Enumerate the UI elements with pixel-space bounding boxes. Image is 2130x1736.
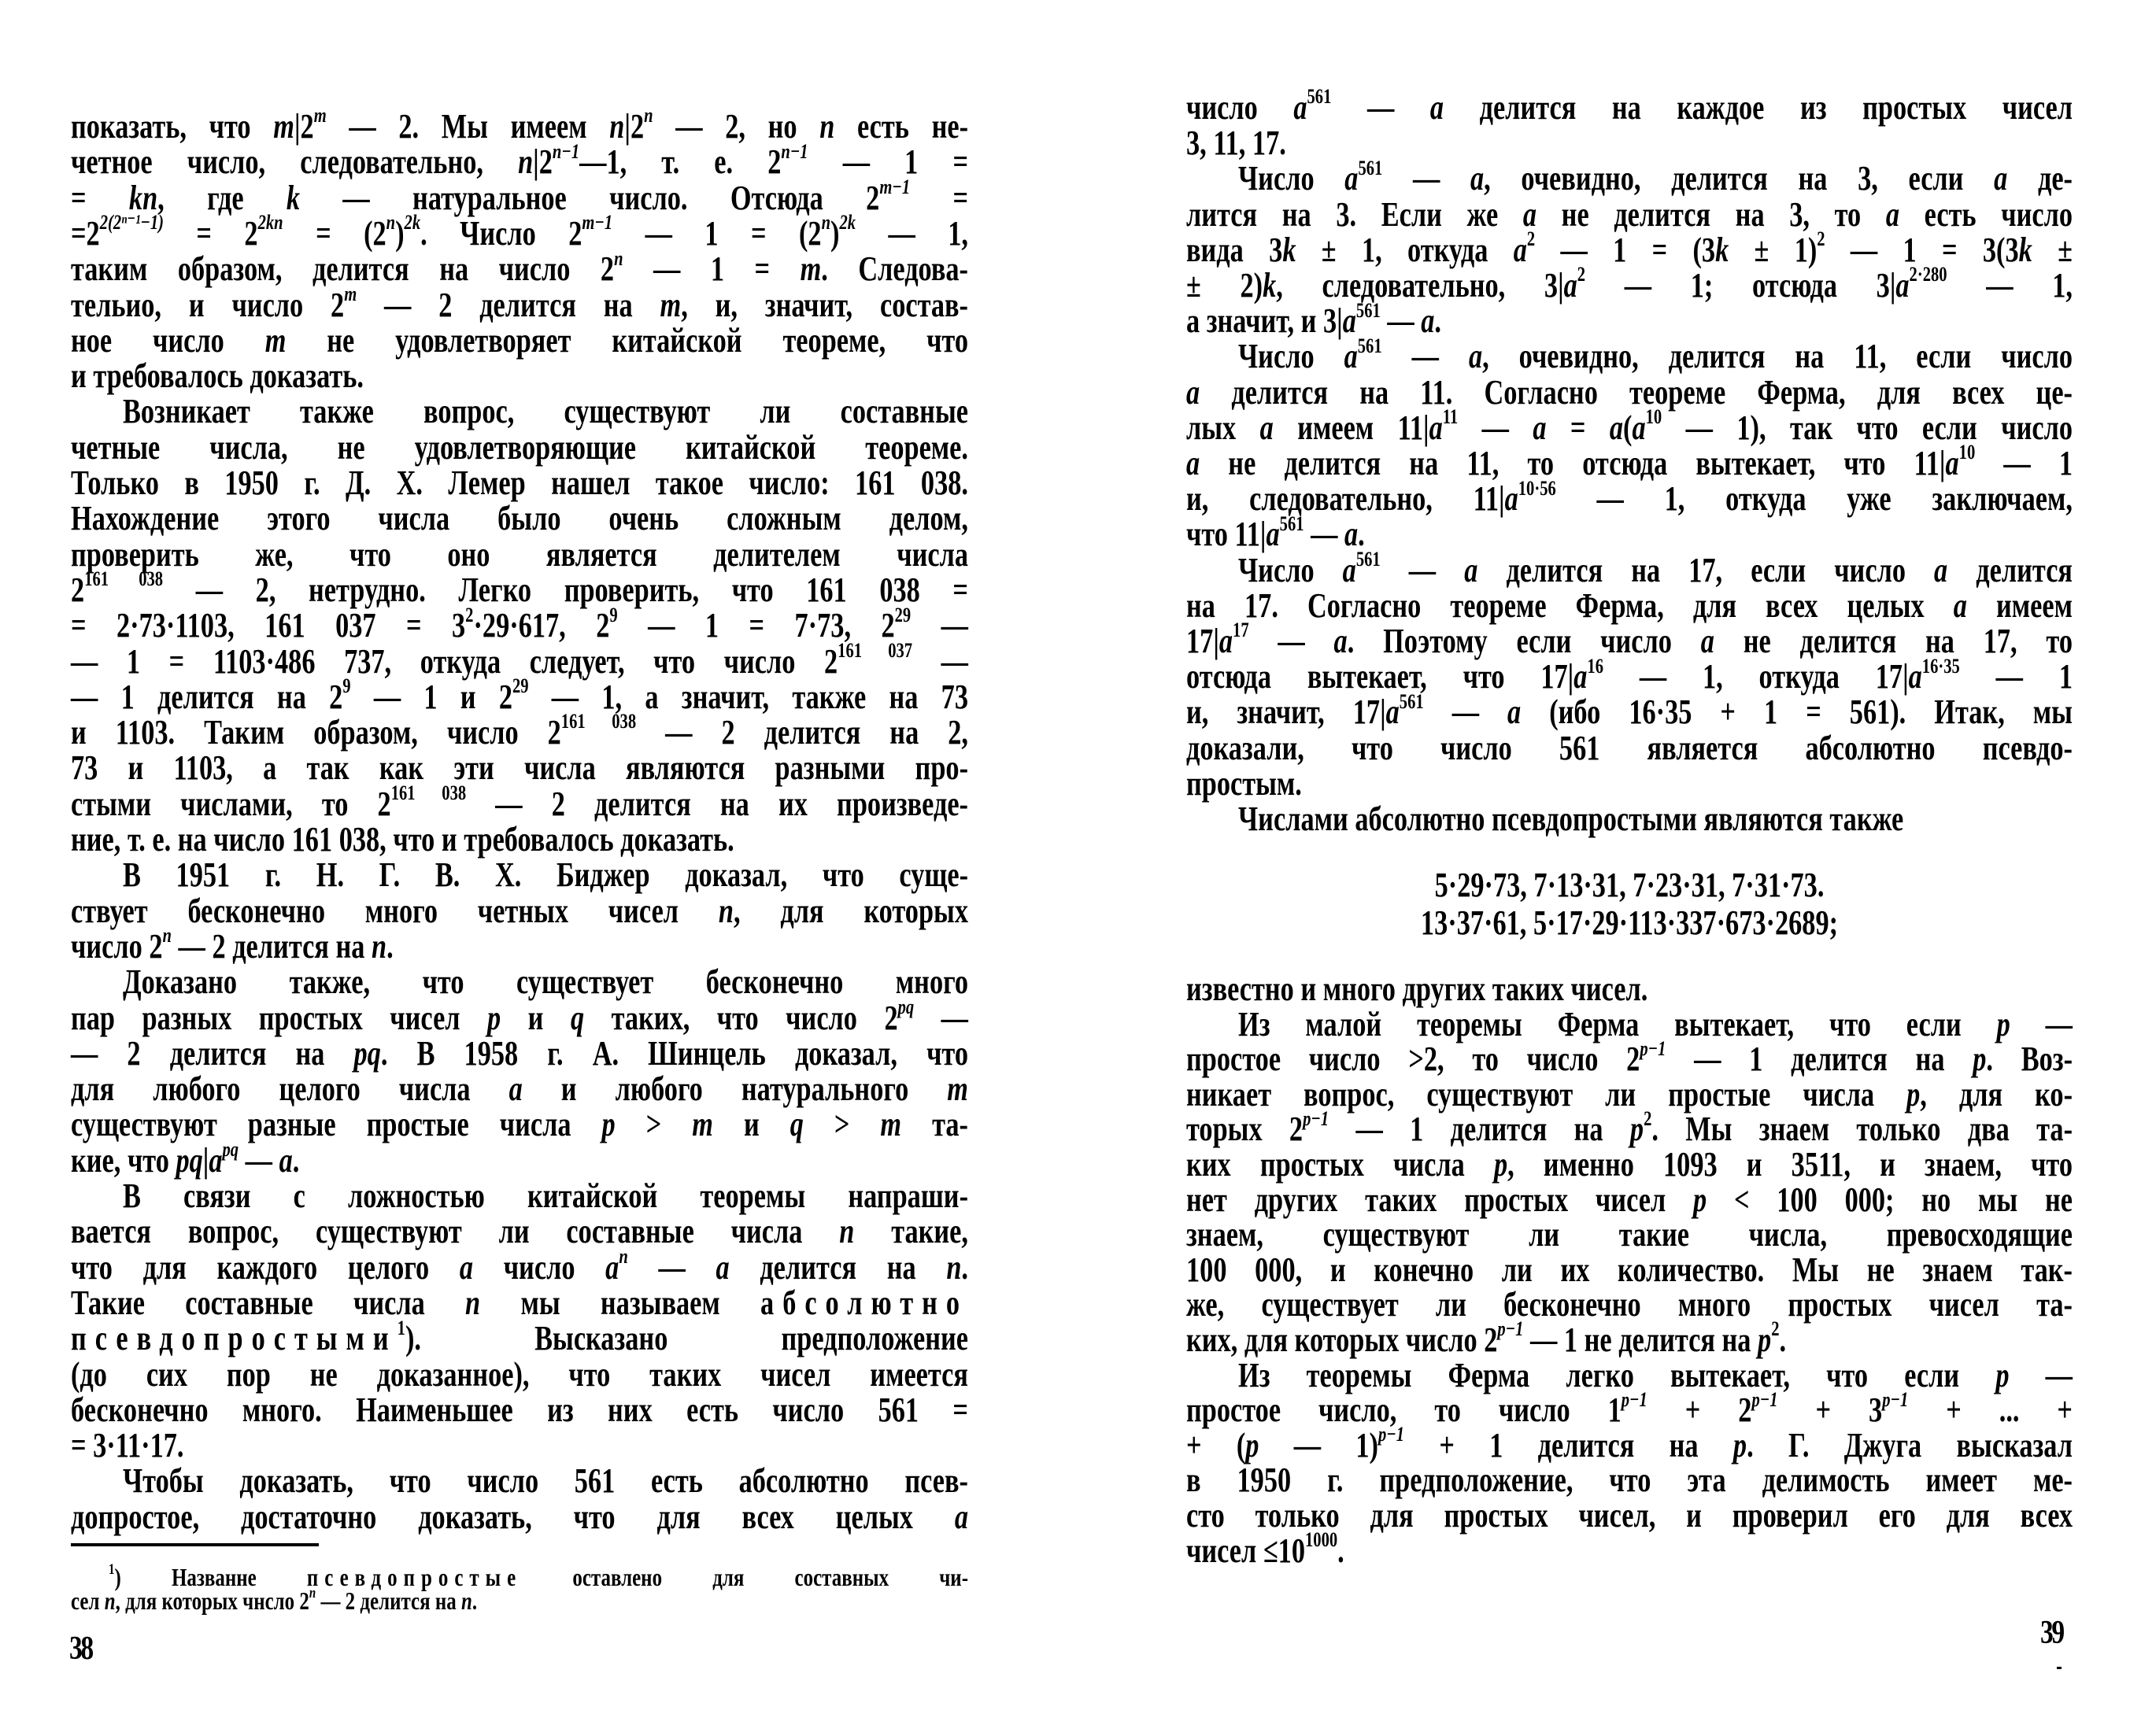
body-text-line: что для каждого целого a число an — a де… — [71, 1250, 968, 1285]
body-text-line: — 2 делится на pq. В 1958 г. А. Шинцель … — [71, 1036, 968, 1071]
body-text-line: Нахождение этого числа было очень сложны… — [71, 501, 968, 536]
body-text-line: число a561 — a делится на каждое из прос… — [1186, 90, 2073, 125]
body-text-line: 2161 038 — 2, нетрудно. Легко проверить,… — [71, 573, 968, 608]
body-text-line: Из теоремы Ферма легко вытекает, что есл… — [1238, 1358, 2073, 1393]
body-text-line: 100 000, и конечно ли их количество. Мы … — [1186, 1253, 2073, 1287]
body-text-line: = 2·73·1103, 161 037 = 32·29·617, 29 — 1… — [71, 608, 968, 643]
body-text-line: Числами абсолютно псевдопростыми являютс… — [1238, 802, 2073, 837]
body-text-line: Число a561 — a делится на 17, если число… — [1238, 553, 2073, 588]
body-text-line: — 1 делится на 29 — 1 и 229 — 1, а значи… — [71, 680, 968, 715]
page-number-left: 38 — [69, 1632, 92, 1665]
body-text-line: показать, что m|2m — 2. Мы имеем n|2n — … — [71, 109, 968, 144]
body-text-line: =22(2ⁿ⁻¹−1) = 22kn = (2n)2k. Число 2m−1 … — [71, 216, 968, 251]
body-text-line: чисел ≤101000. — [1186, 1534, 2073, 1568]
body-text-line: (до сих пор не доказанное), что таких чи… — [71, 1357, 968, 1392]
body-text-line: пар разных простых чисел p и q таких, чт… — [71, 1001, 968, 1036]
body-text-line: ствует бесконечно много четных чисел n, … — [71, 894, 968, 929]
body-text-line: и, следовательно, 11|a10·56 — 1, откуда … — [1186, 482, 2073, 516]
body-text-line: Чтобы доказать, что число 561 есть абсол… — [123, 1464, 968, 1498]
body-text-line: В связи с ложностью китайской теоремы на… — [123, 1179, 968, 1213]
body-text-line: проверить же, что оно является делителем… — [71, 537, 968, 572]
body-text-line: простое число, то число 1p−1 + 2p−1 + 3p… — [1186, 1393, 2073, 1428]
body-text-line: простое число >2, то число 2p−1 — 1 дели… — [1186, 1042, 2073, 1077]
body-text-line: псевдопростыми1). Высказано предположени… — [71, 1321, 968, 1356]
body-text-line: число 2n — 2 делится на n. — [71, 929, 968, 964]
footnote-separator-rule — [71, 1543, 319, 1546]
body-text-line: = kn, где k — натуральное число. Отсюда … — [71, 181, 968, 216]
page-number-right: 39 — [2040, 1616, 2063, 1649]
body-text-line: что 11|a561 — a. — [1186, 517, 2073, 552]
body-text-line: знаем, существуют ли такие числа, превос… — [1186, 1217, 2073, 1252]
body-text-line: для любого целого числа a и любого натур… — [71, 1072, 968, 1106]
body-text-line: лится на 3. Если же a не делится на 3, т… — [1186, 198, 2073, 232]
body-text-line: ное число m не удовлетворяет китайской т… — [71, 323, 968, 358]
body-text-line: = 3·11·17. — [71, 1428, 968, 1463]
body-text-line: a делится на 11. Согласно теореме Ферма,… — [1186, 375, 2073, 410]
body-text-line: же, существует ли бесконечно много прост… — [1186, 1287, 2073, 1322]
body-text-line: Число a561 — a, очевидно, делится на 3, … — [1238, 161, 2073, 196]
body-text-line: а значит, и 3|a561 — a. — [1186, 304, 2073, 338]
body-text-line: существуют разные простые числа p > m и … — [71, 1107, 968, 1142]
body-text-line: вается вопрос, существуют ли составные ч… — [71, 1214, 968, 1249]
body-text-line: на 17. Согласно теореме Ферма, для всех … — [1186, 589, 2073, 623]
body-text-line: и, значит, 17|a561 — a (ибо 16·35 + 1 = … — [1186, 695, 2073, 729]
display-formula-line: 13·37·61, 5·17·29·113·337·673·2689; — [1186, 906, 2073, 940]
body-text-line: бесконечно много. Наименьшее из них есть… — [71, 1393, 968, 1428]
body-text-line: кие, что pq|apq — a. — [71, 1143, 968, 1178]
body-text-line: простым. — [1186, 766, 2073, 801]
body-text-line: нет других таких простых чисел p < 100 0… — [1186, 1183, 2073, 1217]
body-text-line: a не делится на 11, то отсюда вытекает, … — [1186, 446, 2073, 481]
body-text-line: допростое, достаточно доказать, что для … — [71, 1500, 968, 1535]
body-text-line: + (p — 1)p−1 + 1 делится на p. Г. Джуга … — [1186, 1428, 2073, 1463]
page-left: показать, что m|2m — 2. Мы имеем n|2n — … — [0, 0, 1065, 1736]
body-text-line: доказали, что число 561 является абсолют… — [1186, 731, 2073, 766]
body-text-line: ± 2)k, следовательно, 3|a2 — 1; отсюда 3… — [1186, 268, 2073, 303]
body-text-line: Такие составные числа n мы называем абсо… — [71, 1286, 968, 1320]
body-text-line: известно и много других таких чисел. — [1186, 972, 2073, 1007]
body-text-line: ких простых числа p, именно 1093 и 3511,… — [1186, 1147, 2073, 1182]
body-text-line: 3, 11, 17. — [1186, 126, 2073, 161]
body-text-line: четные числа, не удовлетворяющие китайск… — [71, 430, 968, 465]
body-text-line: тельио, и число 2m — 2 делится на m, и, … — [71, 288, 968, 323]
body-text-line: в 1950 г. предположение, что эта делимос… — [1186, 1463, 2073, 1498]
body-text-line: ние, т. е. на число 161 038, что и требо… — [71, 822, 968, 857]
footnote-text-line: сел n, для которых чнсло 2n — 2 делится … — [71, 1588, 968, 1613]
body-text-line: В 1951 г. Н. Г. В. Х. Биджер доказал, чт… — [123, 858, 968, 892]
body-text-line: Возникает также вопрос, существуют ли со… — [123, 394, 968, 429]
body-text-line: четное число, следовательно, n|2n−1—1, т… — [71, 145, 968, 179]
page-right: число a561 — a делится на каждое из прос… — [1065, 0, 2130, 1736]
body-text-line: таким образом, делится на число 2n — 1 =… — [71, 252, 968, 286]
body-text-line: 73 и 1103, а так как эти числа являются … — [71, 751, 968, 785]
body-text-line: лых a имеем 11|a11 — a = a(a10 — 1), так… — [1186, 411, 2073, 445]
body-text-line: и требовалось доказать. — [71, 359, 968, 393]
body-text-line: и 1103. Таким образом, число 2161 038 — … — [71, 715, 968, 750]
body-text-line: Только в 1950 г. Д. Х. Лемер нашел такое… — [71, 466, 968, 500]
body-text-line: Число a561 — a, очевидно, делится на 11,… — [1238, 339, 2073, 374]
body-text-line: ких, для которых число 2p−1 — 1 не делит… — [1186, 1323, 2073, 1357]
body-text-line: отсюда вытекает, что 17|a16 — 1, откуда … — [1186, 659, 2073, 694]
body-text-line: стыми числами, то 2161 038 — 2 делится н… — [71, 787, 968, 822]
display-formula-line: 5·29·73, 7·13·31, 7·23·31, 7·31·73. — [1186, 868, 2073, 903]
body-text-line: торых 2p−1 — 1 делится на p2. Мы знаем т… — [1186, 1112, 2073, 1147]
print-speck — [2057, 1667, 2062, 1669]
body-text-line: Доказано также, что существует бесконечн… — [123, 965, 968, 999]
